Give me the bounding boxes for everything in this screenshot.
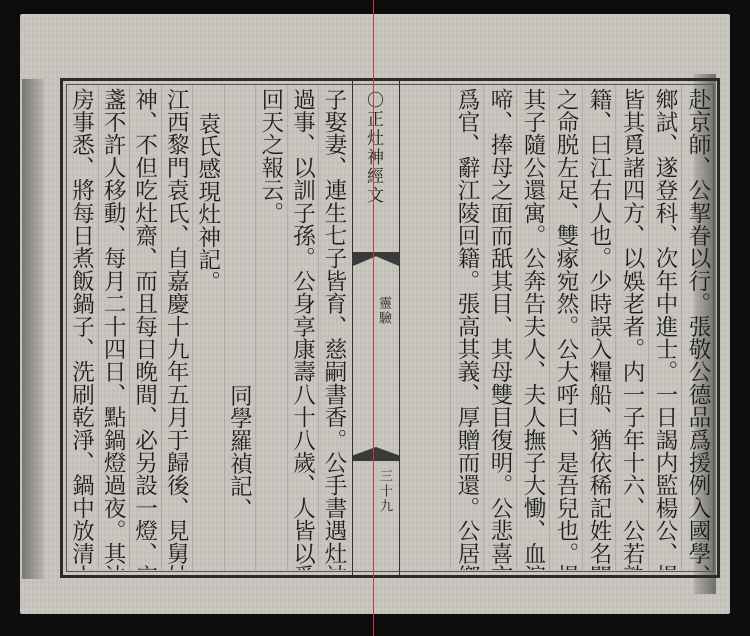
- text-column: 之命脱左足、雙瘃宛然。公大呼曰、是吾兒也。楊亦驚愕、即送: [549, 84, 582, 570]
- text-column: 回天之報云。: [255, 84, 287, 570]
- text-column: 籍、曰江右人也。少時誤入糧船、猶依稀記姓名閭里。公甚訝: [582, 84, 615, 570]
- fishtail-mark-bottom-icon: [353, 447, 399, 461]
- banxin-page-number: 三十九: [375, 469, 394, 514]
- text-column: 子娶妻、連生七子皆育、慈嗣書香。公手書遇灶神、并寔行改: [318, 84, 350, 570]
- text-column: 赴京師、公挈眷以行。張敬公德品爲援例入國學、丙子附京: [681, 84, 714, 570]
- text-column: 其子隨公還寓。公奔告夫人、夫人撫子大慟、血淚並流。子亦: [516, 84, 549, 570]
- text-column: 鄉試、遂登科、次年中進士。一日謁内監楊公、楊令五子出拜、: [648, 84, 681, 570]
- text-column: 江西黎門袁氏、自嘉慶十九年五月于歸後、見舅姑尊敬灶: [161, 84, 193, 570]
- fishtail-mark-top-icon: [353, 252, 399, 266]
- banxin-section-title: 靈驗: [374, 296, 393, 326]
- right-half-page: 赴京師、公挈眷以行。張敬公德品爲援例入國學、丙子附京 鄉試、遂登科、次年中進士。…: [398, 84, 714, 574]
- left-half-page: 子娶妻、連生七子皆育、慈嗣書香。公手書遇灶神、并寔行改 過事、以訓子孫。公身享康…: [66, 84, 350, 574]
- center-margin-banxin: 〇正灶神經文 靈驗 三十九: [352, 81, 400, 575]
- text-column: 神、不但吃灶齋、而且每日晚間、必另設一燈、安置灶上。其燈: [129, 84, 161, 570]
- author-signature: 同學羅禎記、: [224, 84, 256, 570]
- center-fold-line: [373, 0, 374, 636]
- section-heading: 袁氏感現灶神記。: [192, 84, 224, 570]
- text-column: 房事悉、將每日煮飯鍋子、洗刷乾淨、鍋中放清水一大碗、再: [66, 84, 98, 570]
- text-column: 爲官、辭江陵回籍。張高其義、厚贈而還。公居鄉、爲善益力、其: [450, 84, 483, 570]
- text-column: 盞不許人移動、每月二十四日、點鍋燈過夜。其法俟黄昏厨: [98, 84, 130, 570]
- text-column: 皆其覓諸四方、以娛老者。内一子年十六、公若熟其貌、問其: [615, 84, 648, 570]
- page-edge-shadow-left: [22, 79, 44, 579]
- text-column: 啼、捧母之面而舐其目、其母雙目復明。公悲喜交集、遂不顧: [483, 84, 516, 570]
- text-column: 過事、以訓子孫。公身享康壽八十八歲、人皆以爲寔行善事: [287, 84, 319, 570]
